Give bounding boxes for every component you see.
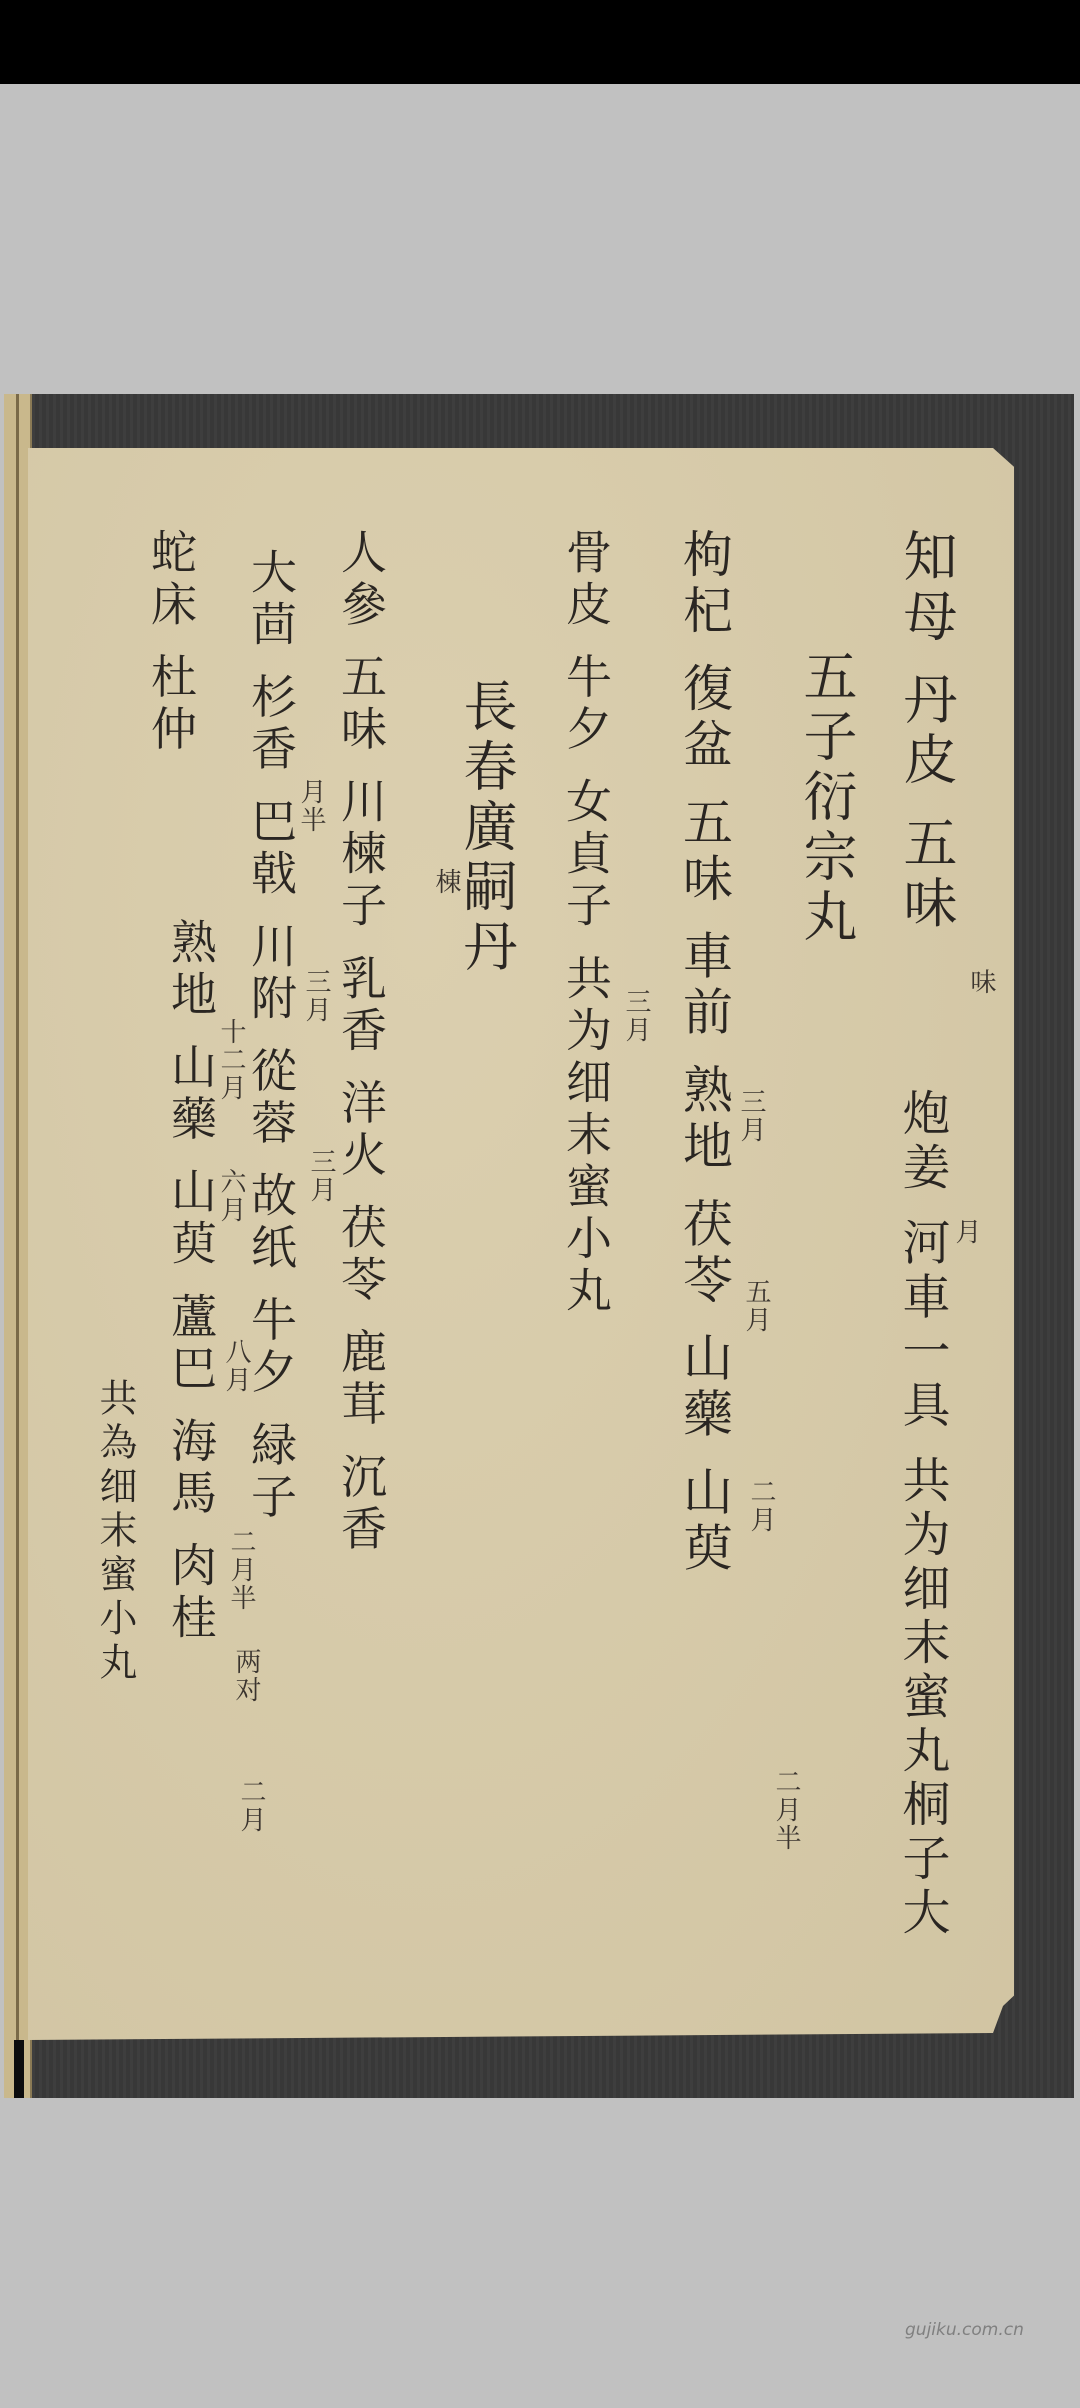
column-7-note-3: 三月 (303, 1148, 340, 1204)
column-9: 蛇床 杜仲 (138, 528, 204, 757)
column-3-note-1: 三月 (733, 1088, 770, 1144)
status-bar (0, 0, 1080, 84)
formula-title-wuzi: 五子衍宗丸 (788, 648, 865, 948)
column-8-note-4: 二月半 (223, 1528, 260, 1612)
column-7-note-2: 三月 (298, 968, 335, 1024)
column-8-note-6: 二月 (233, 1778, 270, 1834)
column-3-note-2: 五月 (738, 1278, 775, 1334)
column-7-note-1: 月半 (293, 778, 330, 834)
column-1: 知母 丹皮 五味 (888, 528, 965, 934)
column-3: 枸杞 復盆 五味 車前 熟地 茯苓 山藥 山萸 (668, 528, 740, 1577)
site-watermark: gujiku.com.cn (905, 2320, 1024, 2340)
column-8-note-2: 六月 (213, 1168, 250, 1224)
column-5-note: 棟 (428, 868, 465, 896)
spine-shadow (14, 2040, 24, 2098)
column-3-note-3: 二月 (743, 1478, 780, 1534)
column-8-note-3: 八月 (218, 1338, 255, 1394)
column-6: 人參 五味 川楝子 乳香 洋火 茯苓 鹿茸 沉香 (328, 528, 394, 1556)
column-4: 骨皮 牛夕 女貞子 共为细末蜜小丸 (553, 528, 619, 1318)
manuscript-page: 知母 丹皮 五味 味 炮姜 河車一具 共为细末蜜丸桐子大 月 五子衍宗丸 枸杞 … (28, 448, 1014, 2040)
spine-binding-line (16, 394, 19, 2098)
column-8-note-1: 十二月 (213, 1018, 250, 1102)
column-1-note: 味 (963, 968, 1000, 996)
formula-title-changchun: 長春廣嗣丹 (448, 678, 525, 978)
column-10: 共為细末蜜小丸 (88, 1378, 143, 1686)
column-3-note-4: 二月半 (768, 1768, 805, 1852)
column-1b: 炮姜 河車一具 共为细末蜜丸桐子大 (888, 1088, 957, 1941)
column-1b-note: 月 (948, 1218, 985, 1246)
column-8-note-5: 两对 (228, 1648, 265, 1704)
column-4-note: 三月 (618, 988, 655, 1044)
